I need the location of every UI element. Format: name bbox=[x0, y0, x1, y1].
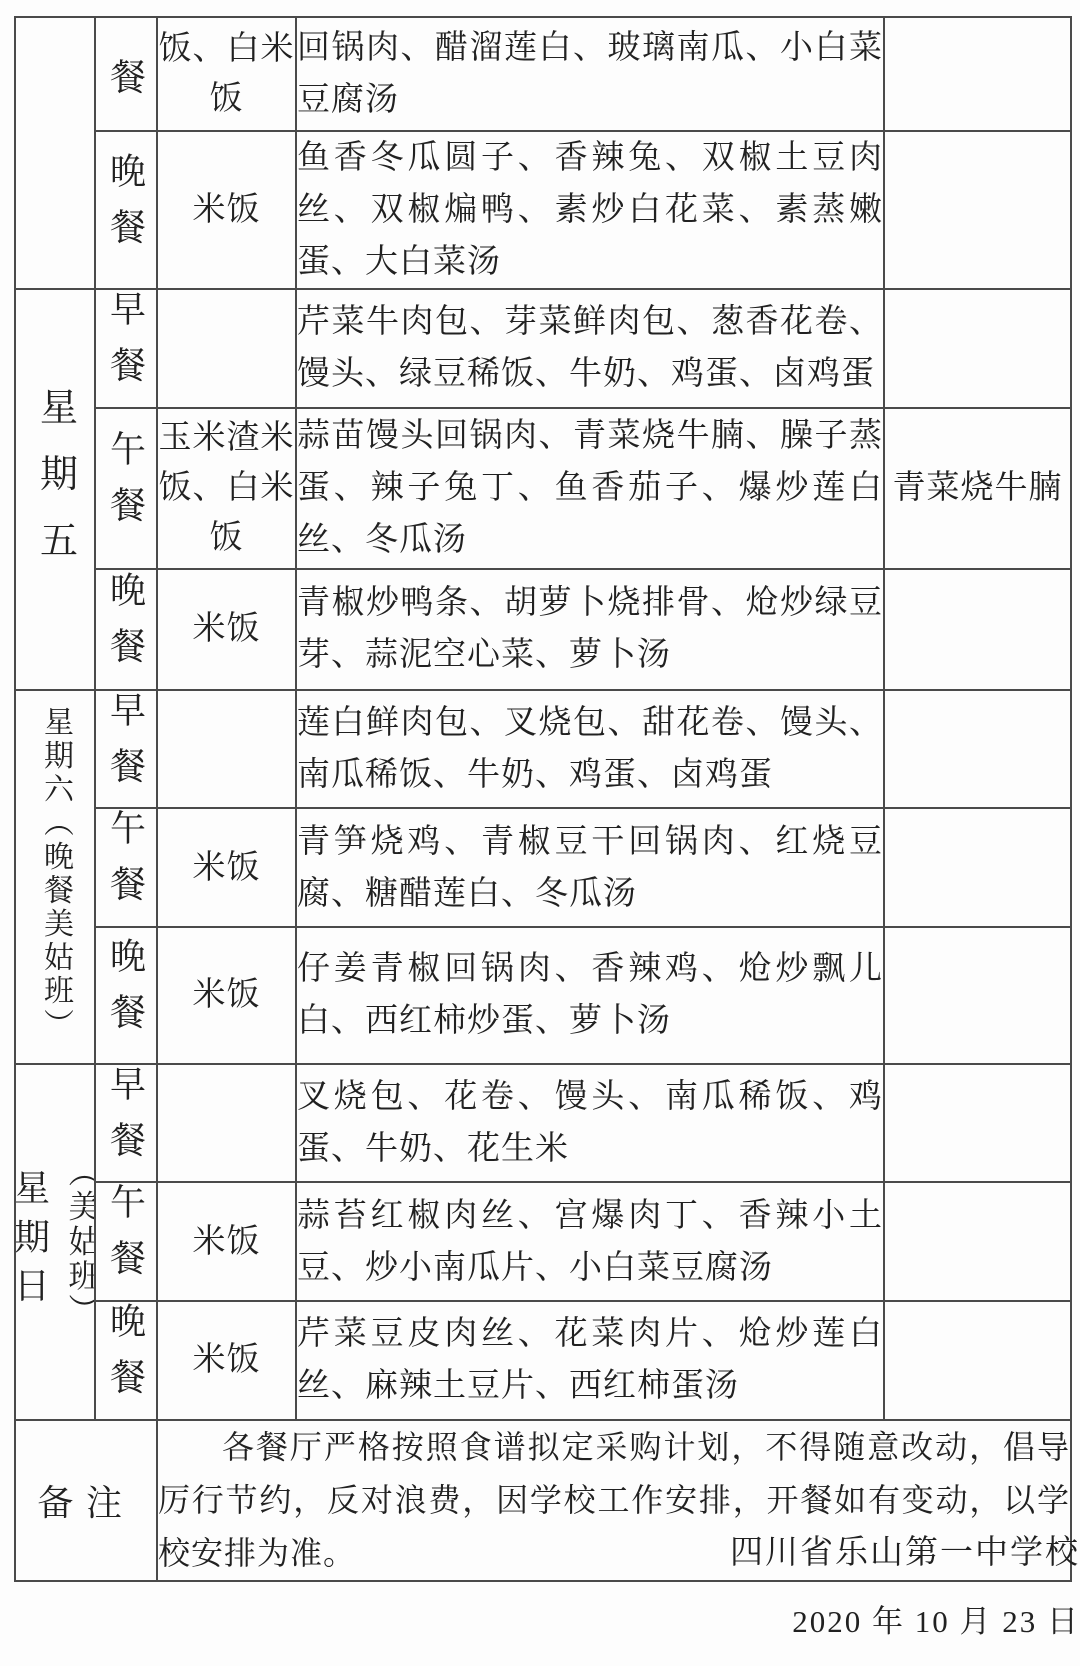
rice-cell: 玉米渣米饭、白米饭 bbox=[157, 408, 296, 569]
dishes-cell: 仔姜青椒回锅肉、香辣鸡、炝炒飘儿白、西红柿炒蛋、萝卜汤 bbox=[296, 927, 884, 1064]
day-cell-sunday: 星期日 （美姑班） bbox=[15, 1064, 95, 1420]
day-cell-saturday: 星期六（晚餐美姑班） bbox=[15, 690, 95, 1064]
day-cell-partial bbox=[15, 17, 95, 289]
meal-label: 晚餐 bbox=[101, 571, 152, 683]
rice-cell: 饭、白米饭 bbox=[157, 17, 296, 131]
dishes-cell: 蒜苔红椒肉丝、宫爆肉丁、香辣小土豆、炒小南瓜片、小白菜豆腐汤 bbox=[296, 1182, 884, 1301]
table-row: 晚餐 米饭 芹菜豆皮肉丝、花菜肉片、炝炒莲白丝、麻辣土豆片、西红柿蛋汤 bbox=[15, 1301, 1071, 1420]
day-label: 星期日 bbox=[15, 1169, 56, 1315]
dishes-cell: 鱼香冬瓜圆子、香辣兔、双椒土豆肉丝、双椒煸鸭、素炒白花菜、素蒸嫩蛋、大白菜汤 bbox=[296, 131, 884, 289]
rice-cell bbox=[157, 1064, 296, 1183]
dishes-cell: 芹菜豆皮肉丝、花菜肉片、炝炒莲白丝、麻辣土豆片、西红柿蛋汤 bbox=[296, 1301, 884, 1420]
meal-cell: 午餐 bbox=[95, 808, 157, 927]
meal-label: 早餐 bbox=[101, 1065, 152, 1177]
dishes-cell: 蒜苗馒头回锅肉、青菜烧牛腩、臊子蒸蛋、辣子兔丁、鱼香茄子、爆炒莲白丝、冬瓜汤 bbox=[296, 408, 884, 569]
dishes-cell: 青笋烧鸡、青椒豆干回锅肉、红烧豆腐、糖醋莲白、冬瓜汤 bbox=[296, 808, 884, 927]
dishes-cell: 回锅肉、醋溜莲白、玻璃南瓜、小白菜豆腐汤 bbox=[296, 17, 884, 131]
note-cell bbox=[884, 1301, 1071, 1420]
meal-cell: 早餐 bbox=[95, 289, 157, 408]
day-label: 星期六（晚餐美姑班） bbox=[33, 706, 77, 1042]
meal-cell: 晚餐 bbox=[95, 927, 157, 1064]
day-label-subtitle: （美姑班） bbox=[60, 1155, 96, 1328]
table-row: 午餐 米饭 青笋烧鸡、青椒豆干回锅肉、红烧豆腐、糖醋莲白、冬瓜汤 bbox=[15, 808, 1071, 927]
table-row: 星期五 早餐 芹菜牛肉包、芽菜鲜肉包、葱香花卷、馒头、绿豆稀饭、牛奶、鸡蛋、卤鸡… bbox=[15, 289, 1071, 408]
rice-cell: 米饭 bbox=[157, 131, 296, 289]
table-row: 午餐 玉米渣米饭、白米饭 蒜苗馒头回锅肉、青菜烧牛腩、臊子蒸蛋、辣子兔丁、鱼香茄… bbox=[15, 408, 1071, 569]
day-label: 星期五 bbox=[28, 387, 83, 587]
table-row: 晚餐 米饭 青椒炒鸭条、胡萝卜烧排骨、炝炒绿豆芽、蒜泥空心菜、萝卜汤 bbox=[15, 569, 1071, 690]
note-cell: 青菜烧牛腩 bbox=[884, 408, 1071, 569]
note-cell bbox=[884, 569, 1071, 690]
note-cell bbox=[884, 17, 1071, 131]
rice-cell bbox=[157, 690, 296, 809]
note-cell bbox=[884, 289, 1071, 408]
meal-cell: 晚餐 bbox=[95, 569, 157, 690]
rice-cell: 米饭 bbox=[157, 569, 296, 690]
rice-cell bbox=[157, 289, 296, 408]
rice-cell: 米饭 bbox=[157, 927, 296, 1064]
dishes-cell: 青椒炒鸭条、胡萝卜烧排骨、炝炒绿豆芽、蒜泥空心菜、萝卜汤 bbox=[296, 569, 884, 690]
meal-cell: 早餐 bbox=[95, 690, 157, 809]
meal-label: 早餐 bbox=[101, 290, 152, 402]
rice-cell: 米饭 bbox=[157, 1301, 296, 1420]
table-row: 午餐 米饭 蒜苔红椒肉丝、宫爆肉丁、香辣小土豆、炒小南瓜片、小白菜豆腐汤 bbox=[15, 1182, 1071, 1301]
dishes-cell: 芹菜牛肉包、芽菜鲜肉包、葱香花卷、馒头、绿豆稀饭、牛奶、鸡蛋、卤鸡蛋 bbox=[296, 289, 884, 408]
meal-cell: 餐 bbox=[95, 17, 157, 131]
meal-cell: 早餐 bbox=[95, 1064, 157, 1183]
note-cell bbox=[884, 1064, 1071, 1183]
meal-label: 午餐 bbox=[101, 430, 152, 542]
meal-label: 晚餐 bbox=[101, 1302, 152, 1414]
footer-date: 2020 年 10 月 23 日 bbox=[0, 1596, 1080, 1641]
note-cell bbox=[884, 1182, 1071, 1301]
table-row: 星期日 （美姑班） 早餐 叉烧包、花卷、馒头、南瓜稀饭、鸡蛋、牛奶、花生米 bbox=[15, 1064, 1071, 1183]
table-row: 晚餐 米饭 仔姜青椒回锅肉、香辣鸡、炝炒飘儿白、西红柿炒蛋、萝卜汤 bbox=[15, 927, 1071, 1064]
meal-label: 午餐 bbox=[101, 809, 152, 921]
meal-label: 晚餐 bbox=[101, 152, 152, 264]
table-row: 星期六（晚餐美姑班） 早餐 莲白鲜肉包、叉烧包、甜花卷、馒头、南瓜稀饭、牛奶、鸡… bbox=[15, 690, 1071, 809]
note-cell bbox=[884, 808, 1071, 927]
rice-cell: 米饭 bbox=[157, 808, 296, 927]
note-cell bbox=[884, 690, 1071, 809]
meal-label: 晚餐 bbox=[101, 937, 152, 1049]
table-row: 餐 饭、白米饭 回锅肉、醋溜莲白、玻璃南瓜、小白菜豆腐汤 bbox=[15, 17, 1071, 131]
note-cell bbox=[884, 927, 1071, 1064]
weekly-menu-table: 餐 饭、白米饭 回锅肉、醋溜莲白、玻璃南瓜、小白菜豆腐汤 晚餐 米饭 鱼香冬瓜圆… bbox=[14, 16, 1072, 1582]
meal-label: 早餐 bbox=[101, 691, 152, 803]
meal-label: 午餐 bbox=[101, 1183, 152, 1295]
dishes-cell: 叉烧包、花卷、馒头、南瓜稀饭、鸡蛋、牛奶、花生米 bbox=[296, 1064, 884, 1183]
meal-cell: 午餐 bbox=[95, 1182, 157, 1301]
day-label-group: 星期日 （美姑班） bbox=[16, 1155, 94, 1328]
dishes-cell: 莲白鲜肉包、叉烧包、甜花卷、馒头、南瓜稀饭、牛奶、鸡蛋、卤鸡蛋 bbox=[296, 690, 884, 809]
meal-cell: 午餐 bbox=[95, 408, 157, 569]
meal-label: 餐 bbox=[101, 58, 152, 94]
table-row: 晚餐 米饭 鱼香冬瓜圆子、香辣兔、双椒土豆肉丝、双椒煸鸭、素炒白花菜、素蒸嫩蛋、… bbox=[15, 131, 1071, 289]
rice-cell: 米饭 bbox=[157, 1182, 296, 1301]
note-cell bbox=[884, 131, 1071, 289]
day-cell-friday: 星期五 bbox=[15, 289, 95, 690]
meal-cell: 晚餐 bbox=[95, 1301, 157, 1420]
meal-cell: 晚餐 bbox=[95, 131, 157, 289]
footer-school-name: 四川省乐山第一中学校 bbox=[0, 1526, 1080, 1573]
